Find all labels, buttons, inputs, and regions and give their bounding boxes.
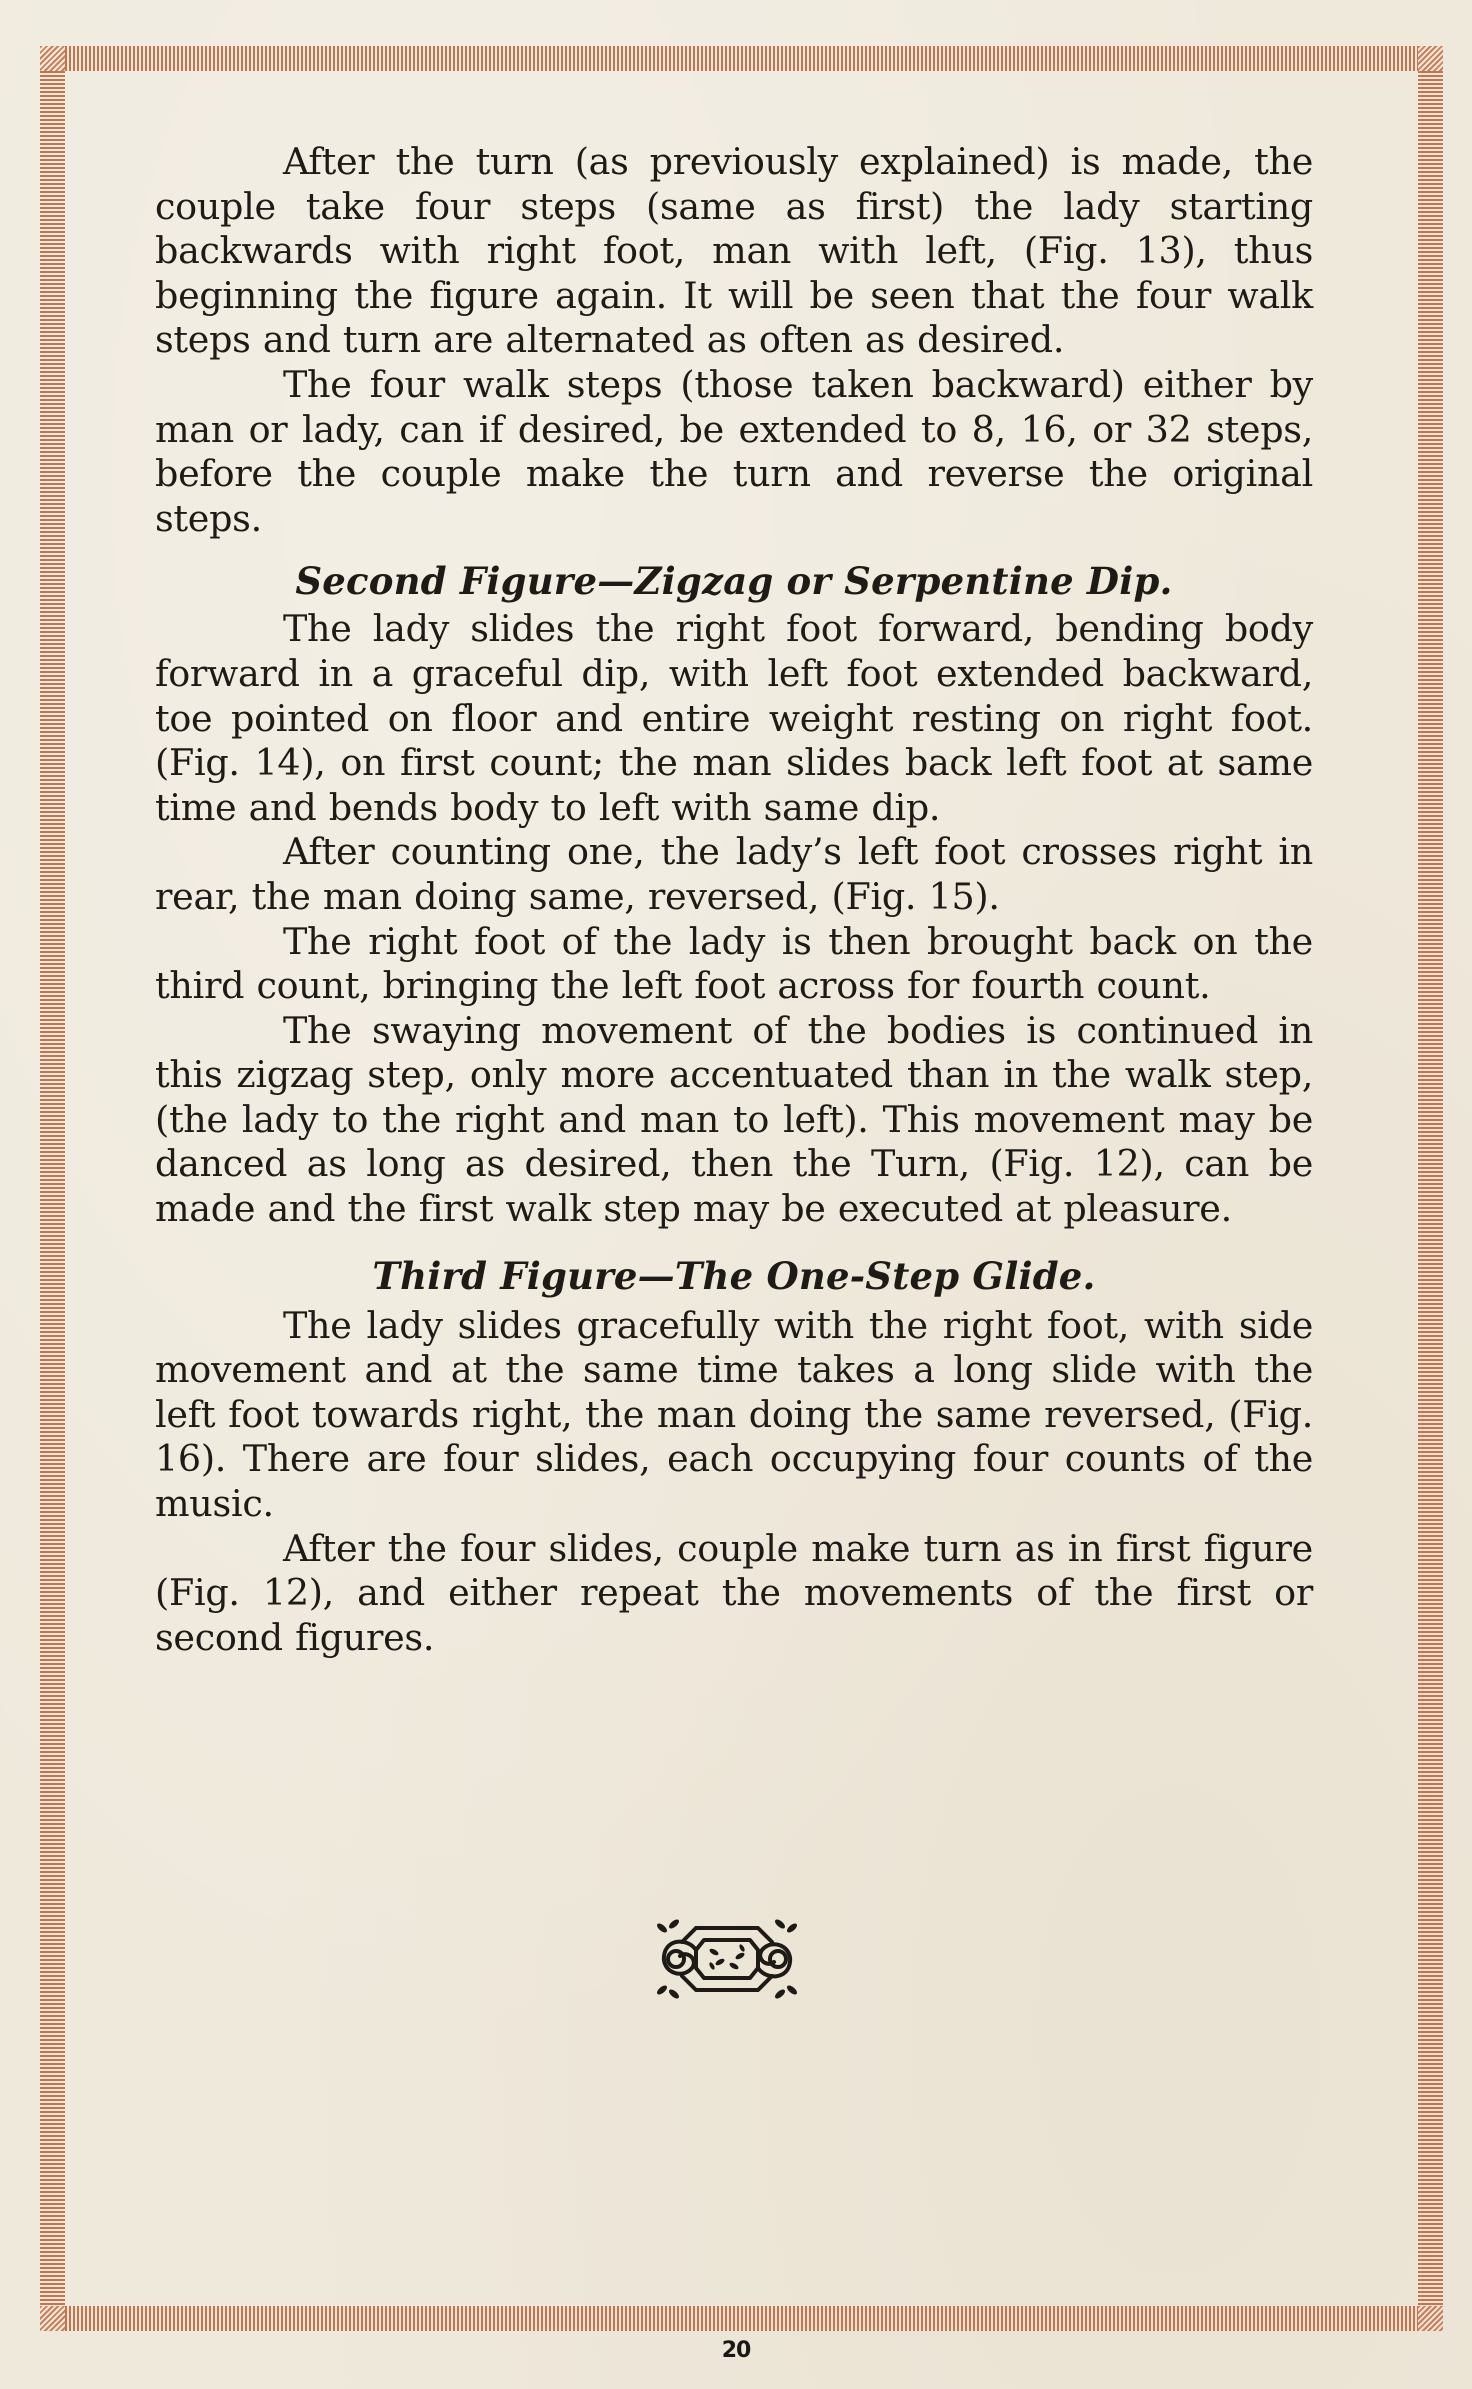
border-corner-top-right <box>1418 46 1443 71</box>
paragraph-third-2: After the four slides, couple make turn … <box>155 1527 1313 1661</box>
section-heading-second-figure: Second Figure—Zigzag or Serpentine Dip. <box>155 559 1313 603</box>
page-number: 20 <box>0 2338 1472 2363</box>
border-corner-bottom-left <box>40 2306 65 2331</box>
floral-knot-ornament-icon <box>652 1918 802 2000</box>
paragraph-second-4: The swaying movement of the bodies is co… <box>155 1009 1313 1232</box>
border-top <box>65 46 1418 71</box>
border-left <box>40 71 65 2306</box>
paragraph-second-2: After counting one, the lady’s left foot… <box>155 830 1313 919</box>
paragraph-intro-2: The four walk steps (those taken backwar… <box>155 363 1313 541</box>
paragraph-third-1: The lady slides gracefully with the righ… <box>155 1304 1313 1527</box>
paragraph-second-3: The right foot of the lady is then broug… <box>155 920 1313 1009</box>
border-bottom <box>65 2306 1418 2331</box>
paragraph-intro-1: After the turn (as previously explained)… <box>155 140 1313 363</box>
section-heading-third-figure: Third Figure—The One-Step Glide. <box>155 1254 1313 1298</box>
border-right <box>1418 71 1443 2306</box>
border-corner-bottom-right <box>1418 2306 1443 2331</box>
page-body: After the turn (as previously explained)… <box>155 140 1313 1660</box>
border-corner-top-left <box>40 46 65 71</box>
paragraph-second-1: The lady slides the right foot forward, … <box>155 607 1313 830</box>
